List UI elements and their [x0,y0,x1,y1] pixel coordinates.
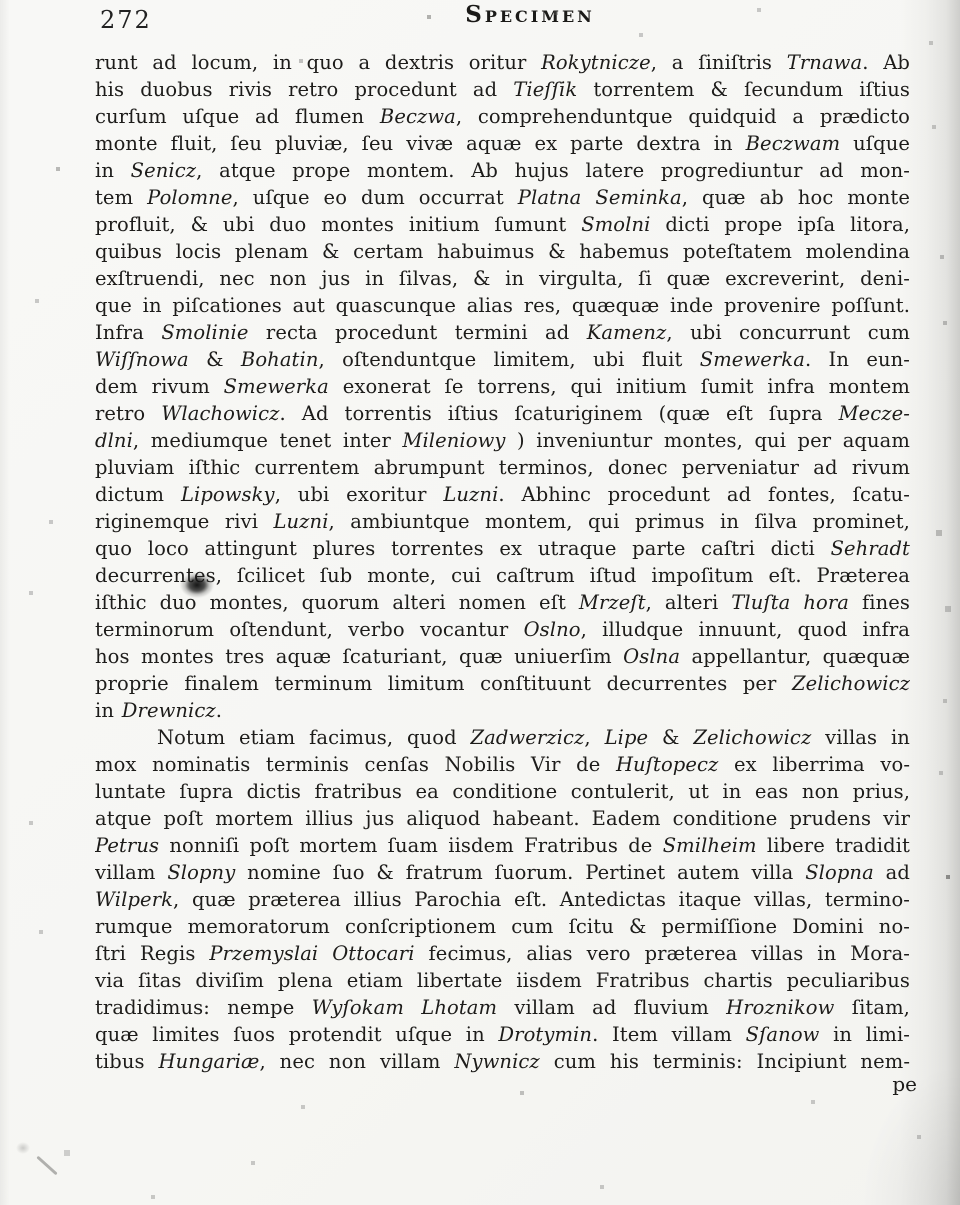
text-line: hos montes tres aquæ ſcaturiant, quæ uni… [95,643,910,670]
paper-specks [0,0,2,2]
text-line: retro Wlachowicz. Ad torrentis iſtius ſc… [95,400,910,427]
text-line: monte fluit, ſeu pluviæ, ſeu vivæ aquæ e… [95,130,910,157]
text-line: tibus Hungariæ, nec non villam Nywnicz c… [95,1048,910,1075]
scanned-book-page: Specimen 272 runt ad locum, in quo a dex… [0,0,960,1205]
text-line: quæ limites ſuos protendit uſque in Drot… [95,1021,910,1048]
text-line: Wiſſnowa & Bohatin, oſtenduntque limitem… [95,346,910,373]
text-line: in Senicz, atque prope montem. Ab hujus … [95,157,910,184]
text-line: mox nominatis terminis cenſas Nobilis Vi… [95,751,910,778]
text-line: luntate ſupra dictis fratribus ea condit… [95,778,910,805]
text-line: via ſitas diviſim plena etiam libertate … [95,967,910,994]
text-line: iſthic duo montes, quorum alteri nomen e… [95,589,910,616]
text-line: riginemque rivi Luzni, ambiuntque montem… [95,508,910,535]
text-line: curſum uſque ad flumen Beczwa, comprehen… [95,103,910,130]
text-line: Petrus nonniſi poſt mortem ſuam iisdem F… [95,832,910,859]
text-line: proprie finalem terminum limitum conſtit… [95,670,910,697]
text-line: que in piſcationes aut quascunque alias … [95,292,910,319]
text-line: decurrentes, ſcilicet ſub monte, cui caſ… [95,562,910,589]
ink-blob [180,572,214,598]
text-line: his duobus rivis retro procedunt ad Tieſ… [95,76,910,103]
text-line: tem Polomne, uſque eo dum occurrat Platn… [95,184,910,211]
text-line: pluviam iſthic currentem abrumpunt termi… [95,454,910,481]
text-line: Notum etiam facimus, quod Zadwerzicz, Li… [95,724,910,751]
text-line: Wilperk, quæ præterea illius Parochia eſ… [95,886,910,913]
text-line: in Drewnicz. [95,697,910,724]
text-line: dem rivum Smewerka exonerat ſe torrens, … [95,373,910,400]
text-line: rumque memoratorum conſcriptionem cum ſc… [95,913,910,940]
text-line: exſtruendi, nec non jus in ſilvas, & in … [95,265,910,292]
text-line: profluit, & ubi duo montes initium ſumun… [95,211,910,238]
text-block: runt ad locum, in quo a dextris oritur R… [95,49,910,1075]
text-line: runt ad locum, in quo a dextris oritur R… [95,49,910,76]
page-number: 272 [100,6,152,34]
text-line: tradidimus: nempe Wyſokam Lhotam villam … [95,994,910,1021]
text-line: quibus locis plenam & certam habuimus & … [95,238,910,265]
text-line: terminorum oſtendunt, verbo vocantur Osl… [95,616,910,643]
text-line: atque poſt mortem illius jus aliquod hab… [95,805,910,832]
text-line: dictum Lipowsky, ubi exoritur Luzni. Abh… [95,481,910,508]
text-line: quo loco attingunt plures torrentes ex u… [95,535,910,562]
text-line: dlni, mediumque tenet inter Mileniowy ) … [95,427,910,454]
paper-streak [36,1156,57,1176]
text-line: ſtri Regis Przemyslai Ottocari fecimus, … [95,940,910,967]
text-line: villam Slopny nomine ſuo & fratrum ſuoru… [95,859,910,886]
text-line: Infra Smolinie recta procedunt termini a… [95,319,910,346]
paper-smudge [16,1142,30,1154]
catchword: pe [95,1072,917,1096]
